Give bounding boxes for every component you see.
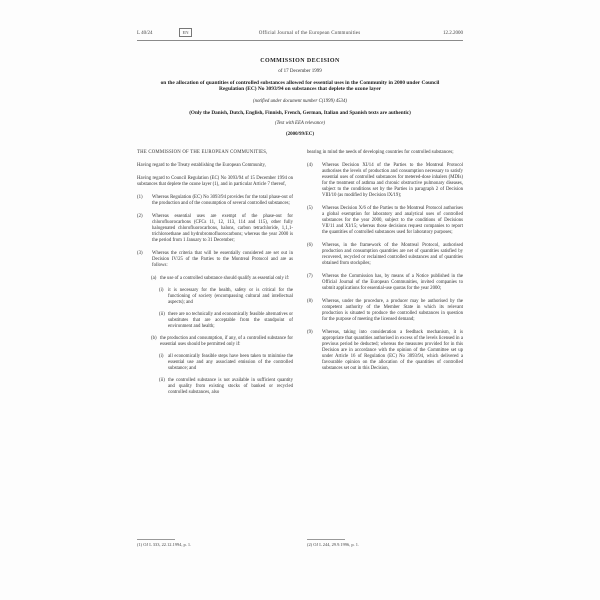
recital-3-number: (3) (137, 251, 143, 257)
footnote-2-text: (2) OJ L 244, 29.9.1996, p. 1. (307, 542, 359, 547)
recital-7-number: (7) (307, 274, 313, 280)
subitem-a-label: (a) (151, 276, 156, 282)
recital-7-text: Whereas the Commission has, by means of … (322, 274, 463, 291)
subitem-a-i: (i) it is necessary for the health, safe… (137, 288, 293, 306)
recital-9-number: (9) (307, 330, 313, 336)
recital-6: (6) Whereas, in the framework of the Mon… (307, 243, 463, 267)
footnote-2: (2) OJ L 244, 29.9.1996, p. 1. (307, 539, 463, 547)
recital-7: (7) Whereas the Commission has, by means… (307, 274, 463, 292)
language-code-box: EN (179, 28, 192, 37)
decision-number: (2000/99/EC) (137, 132, 463, 137)
subitem-a-text: the use of a controlled substance should… (160, 276, 289, 281)
recital-9-text: Whereas, taking into consideration a fee… (322, 330, 463, 371)
recital-4-number: (4) (307, 163, 313, 169)
subitem-a-ii-label: (ii) (159, 312, 165, 318)
subitem-a-ii: (ii) there are no technically and econom… (137, 312, 293, 330)
footnote-rule-right (307, 539, 345, 540)
header-page-number: L 40/24 (137, 31, 179, 37)
subitem-b-label: (b) (151, 336, 157, 342)
journal-header: L 40/24 EN Official Journal of the Europ… (137, 28, 463, 37)
subitem-a: (a) the use of a controlled substance sh… (137, 276, 293, 282)
eea-relevance: (Text with EEA relevance) (137, 121, 463, 126)
subitem-b-ii: (ii) the controlled substance is not ava… (137, 378, 293, 396)
subitem-b-text: the production and consumption, if any, … (160, 336, 293, 347)
recital-5: (5) Whereas Decision X/6 of the Parties … (307, 206, 463, 236)
left-column: The Commission of the European Communiti… (137, 150, 293, 547)
subitem-a-ii-text: there are no technically and economicall… (168, 312, 293, 329)
subitem-b: (b) the production and consumption, if a… (137, 336, 293, 348)
continuation-paragraph: bearing in mind the needs of developing … (307, 150, 463, 156)
notification-number: (notified under document number C(1999) … (137, 99, 463, 104)
footnote-1-text: (1) OJ L 333, 22.12.1994, p. 1. (137, 542, 191, 547)
recital-8-number: (8) (307, 299, 313, 305)
body-columns: The Commission of the European Communiti… (137, 150, 463, 547)
recital-1-number: (1) (137, 195, 143, 201)
document-kind: COMMISSION DECISION (137, 58, 463, 64)
document-page: L 40/24 EN Official Journal of the Europ… (0, 0, 600, 600)
decision-subject: on the allocation of quantities of contr… (150, 80, 450, 94)
header-date: 12.2.2000 (421, 31, 463, 37)
recital-5-text: Whereas Decision X/6 of the Parties to t… (322, 206, 463, 235)
recital-2-number: (2) (137, 214, 143, 220)
recital-8-text: Whereas, under the procedure, a producer… (322, 299, 463, 322)
recital-9: (9) Whereas, taking into consideration a… (307, 330, 463, 372)
right-column-spacer (307, 379, 463, 539)
subitem-a-i-label: (i) (159, 288, 164, 294)
having-regard-treaty: Having regard to the Treaty establishing… (137, 163, 293, 169)
document-content: L 40/24 EN Official Journal of the Europ… (137, 28, 463, 576)
subitem-b-i-text: all economically feasible steps have bee… (168, 354, 293, 371)
subitem-b-ii-text: the controlled substance is not availabl… (168, 378, 293, 395)
recital-1: (1) Whereas Regulation (EC) No 3093/94 p… (137, 195, 293, 207)
subitem-a-i-text: it is necessary for the health, safety o… (168, 288, 293, 305)
recital-2: (2) Whereas essential uses are exempt of… (137, 214, 293, 244)
subitem-b-i-label: (i) (159, 354, 164, 360)
recital-4: (4) Whereas Decision XI/14 of the Partie… (307, 163, 463, 199)
subitem-b-i: (i) all economically feasible steps have… (137, 354, 293, 372)
recital-3-text: Whereas the criteria that will be essent… (152, 251, 293, 268)
recital-6-number: (6) (307, 243, 313, 249)
journal-title: Official Journal of the European Communi… (198, 31, 421, 37)
commission-intro: The Commission of the European Communiti… (137, 150, 293, 156)
decision-date: of 17 December 1999 (137, 69, 463, 74)
authentic-languages: (Only the Danish, Dutch, English, Finnis… (137, 110, 463, 116)
right-column: bearing in mind the needs of developing … (307, 150, 463, 547)
recital-3: (3) Whereas the criteria that will be es… (137, 251, 293, 269)
header-rule (137, 40, 463, 41)
title-block: COMMISSION DECISION of 17 December 1999 … (137, 58, 463, 138)
recital-2-text: Whereas essential uses are exempt of the… (152, 214, 293, 243)
subitem-b-ii-label: (ii) (159, 378, 165, 384)
recital-6-text: Whereas, in the framework of the Montrea… (322, 243, 463, 266)
recital-4-text: Whereas Decision XI/14 of the Parties to… (322, 163, 463, 198)
having-regard-regulation: Having regard to Council Regulation (EC)… (137, 176, 293, 188)
footnote-1: (1) OJ L 333, 22.12.1994, p. 1. (137, 539, 293, 547)
recital-1-text: Whereas Regulation (EC) No 3093/94 provi… (152, 195, 293, 206)
recital-8: (8) Whereas, under the procedure, a prod… (307, 299, 463, 323)
left-column-spacer (137, 402, 293, 539)
footnote-rule-left (137, 539, 175, 540)
recital-5-number: (5) (307, 206, 313, 212)
